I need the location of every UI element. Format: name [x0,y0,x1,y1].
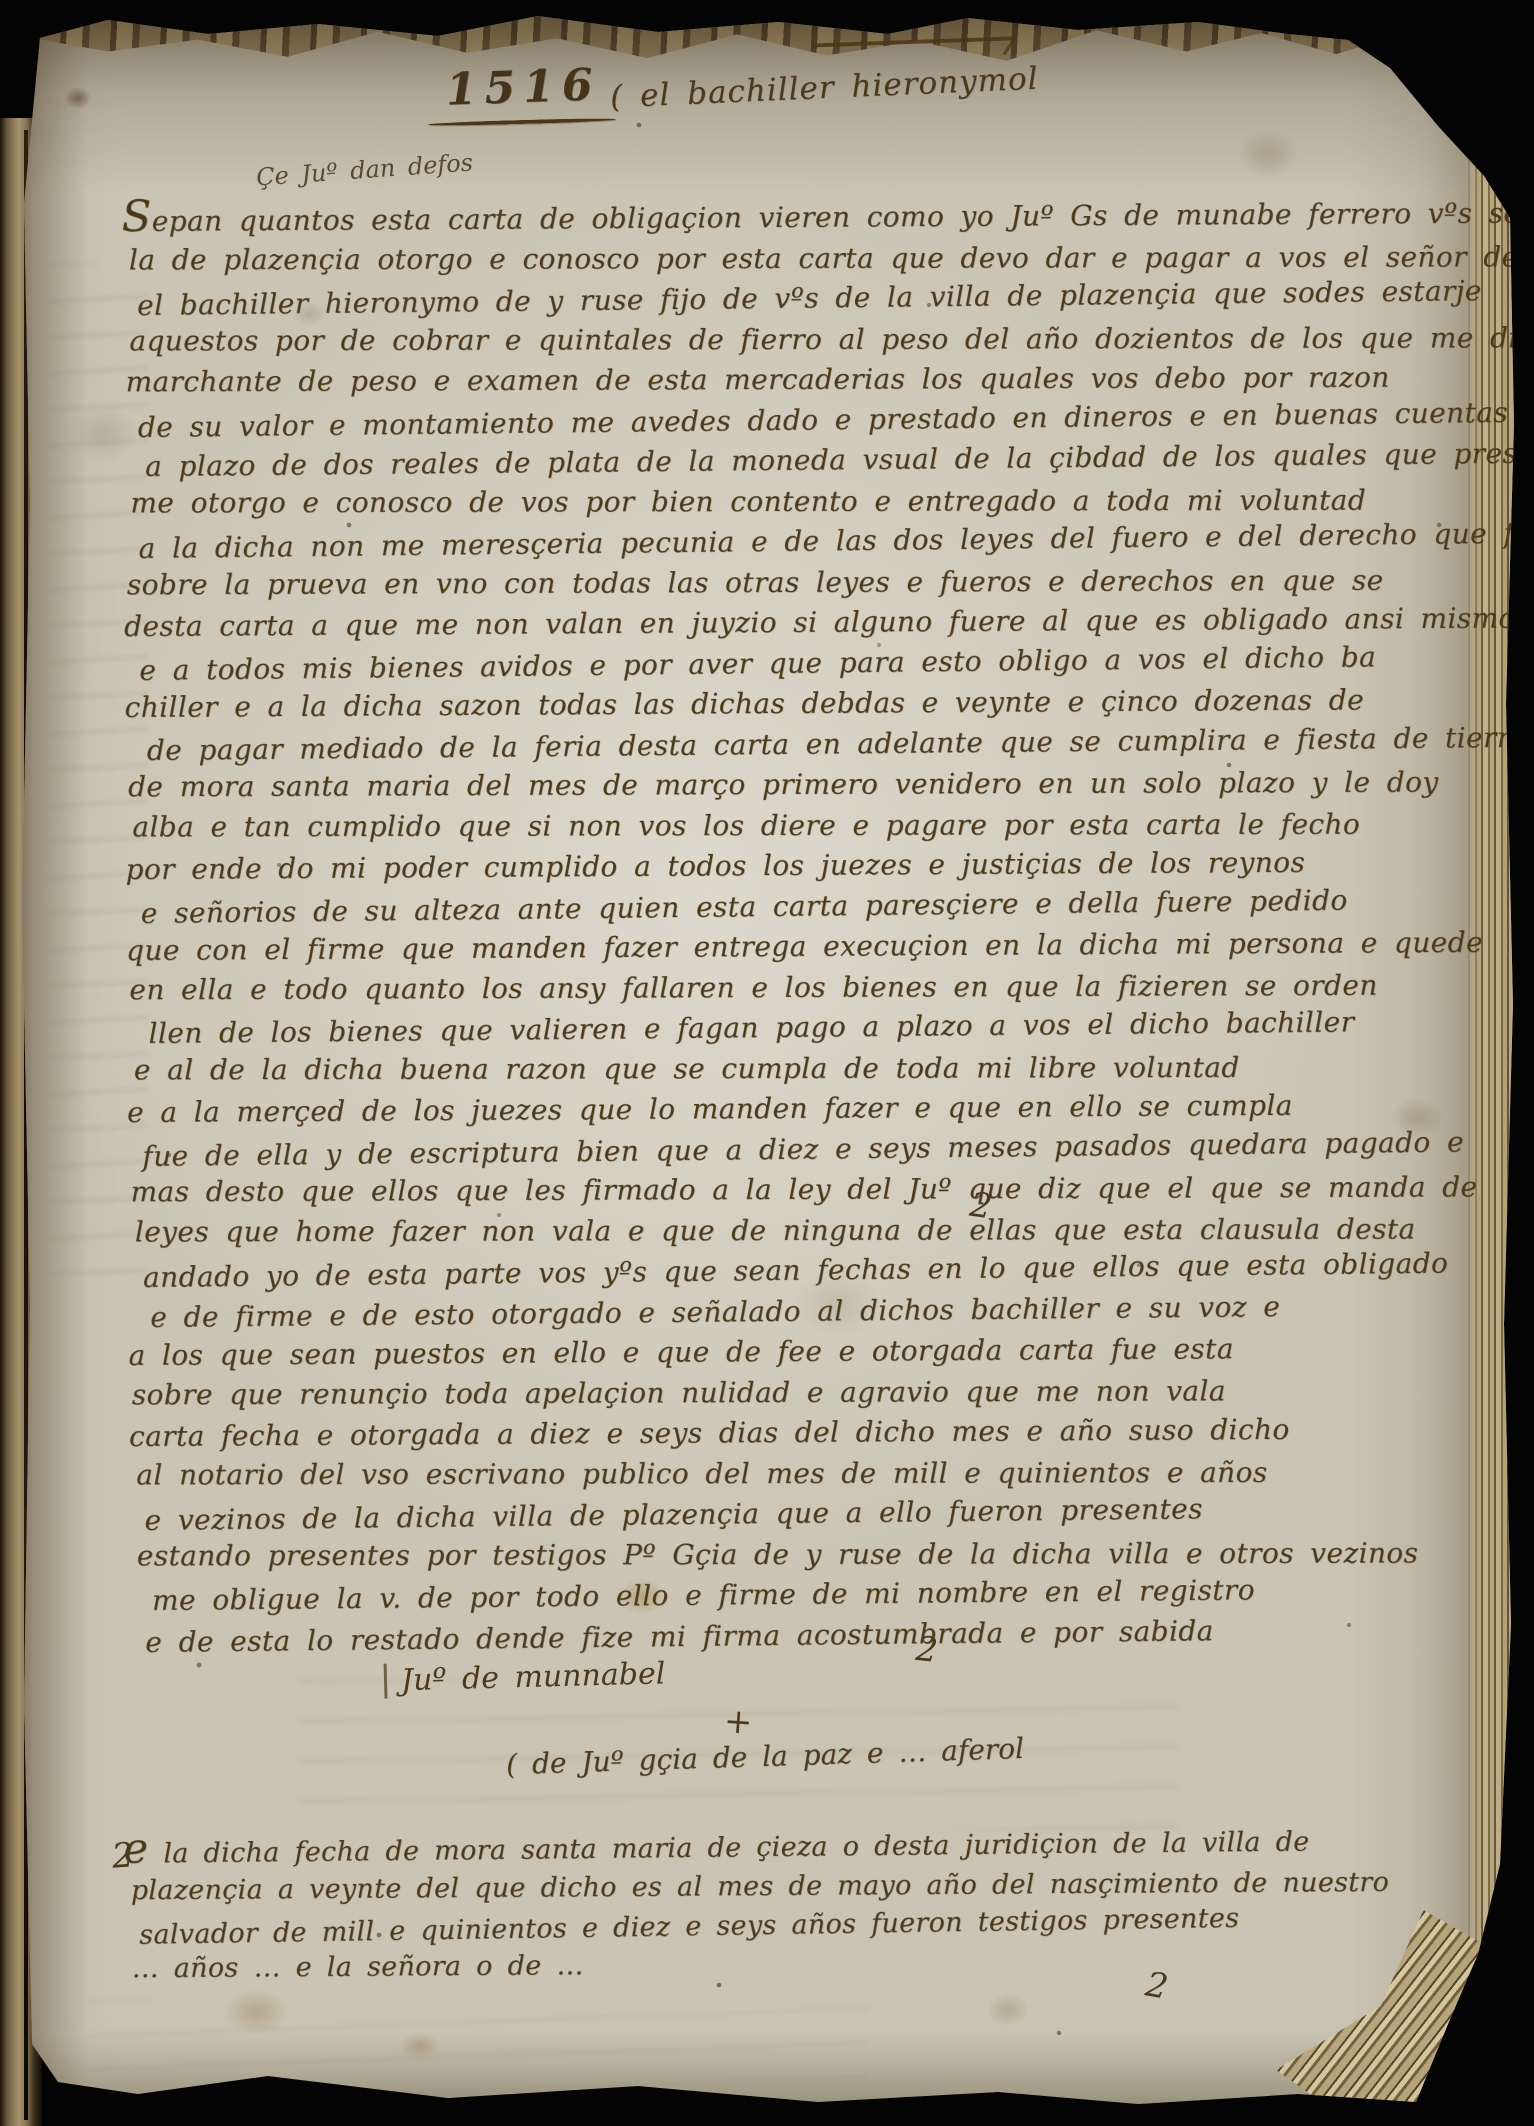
manuscript-line: alba e tan cumplido que si non vos los d… [132,804,1422,847]
manuscript-page: 1516 ( el bachiller hieronymol Çe Juº da… [18,4,1516,2114]
paper-speckles [18,4,20,6]
manuscript-line: aquestos por de cobrar e quintales de fi… [129,318,1419,361]
year-underline-stroke [428,117,616,126]
section-heading: ( de Juº gçia de la paz e … aferol [506,1732,1025,1781]
notary-signature: Juº de munnabel [384,1656,666,1698]
manuscript-line: sobre que renunçio toda apelaçion nulida… [132,1370,1422,1415]
photograph-background: 1516 ( el bachiller hieronymol Çe Juº da… [0,0,1534,2126]
manuscript-line: … años … e la señora o de … [131,1941,1431,1989]
manuscript-line: carta fecha e otorgada a diez e seys dia… [129,1409,1419,1457]
rubric-mark: 2 [914,1629,940,1671]
header-title: ( el bachiller hieronymol [609,61,1039,116]
cross-mark: + [723,1701,754,1743]
dating-clause: e la dicha fecha de mora santa maria de … [123,1821,1425,1991]
year-heading: 1516 [445,59,601,115]
manuscript-line: sobre la prueva en vno con todas las otr… [127,560,1417,605]
margin-annotation: Çe Juº dan defos [255,148,474,191]
torn-top-edge [18,4,1516,70]
manuscript-line: e al de la dicha buena razon que se cump… [134,1047,1424,1090]
bleed-through-ghost-bottom [88,2000,868,2096]
manuscript-line: de mora santa maria del mes de março pri… [128,763,1418,808]
manuscript-body: Sepan quantos esta carta de obligaçion v… [122,194,1421,1672]
manuscript-line: mas desto que ellos que les firmado a la… [131,1168,1421,1213]
manuscript-line: Sepan quantos esta carta de obligaçion v… [122,194,1412,242]
